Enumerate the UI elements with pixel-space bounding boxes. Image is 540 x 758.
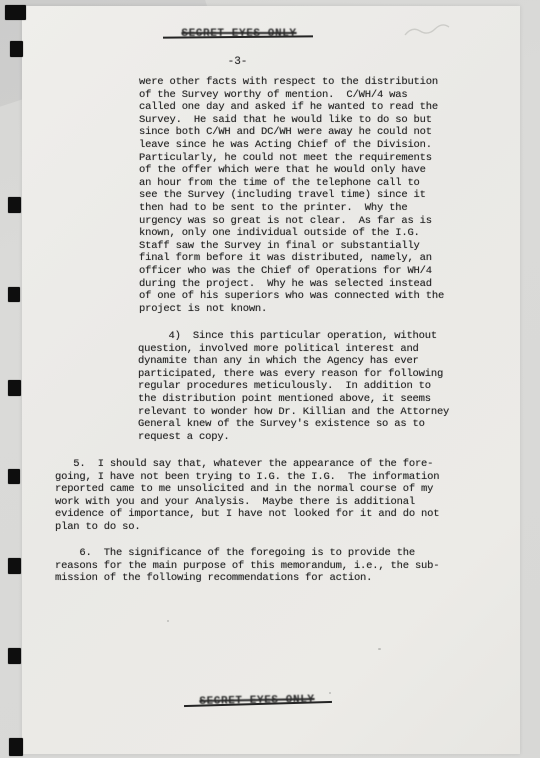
edge-scan-mark	[8, 197, 21, 213]
edge-scan-mark	[8, 469, 20, 484]
edge-scan-mark	[8, 380, 21, 396]
edge-scan-mark	[8, 287, 20, 302]
page-number: -3-	[200, 56, 275, 68]
scan-speck	[167, 620, 169, 622]
edge-scan-mark	[9, 738, 23, 756]
body-indented-block-continuation: were other facts with respect to the dis…	[139, 76, 444, 315]
scan-speck	[378, 648, 381, 650]
body-paragraph-6: 6. The significance of the foregoing is …	[55, 547, 439, 585]
edge-scan-mark	[8, 558, 21, 574]
scan-speck	[329, 692, 331, 694]
edge-scan-mark	[8, 648, 21, 664]
scan-speck	[366, 220, 368, 222]
body-indented-block-item-4: 4) Since this particular operation, with…	[138, 330, 449, 443]
edge-scan-mark	[5, 5, 26, 20]
pencil-squiggle	[402, 21, 454, 41]
edge-scan-mark	[10, 41, 23, 57]
body-paragraph-5: 5. I should say that, whatever the appea…	[55, 458, 439, 534]
document-scan: SECRET EYES ONLY -3- were other facts wi…	[0, 0, 540, 758]
